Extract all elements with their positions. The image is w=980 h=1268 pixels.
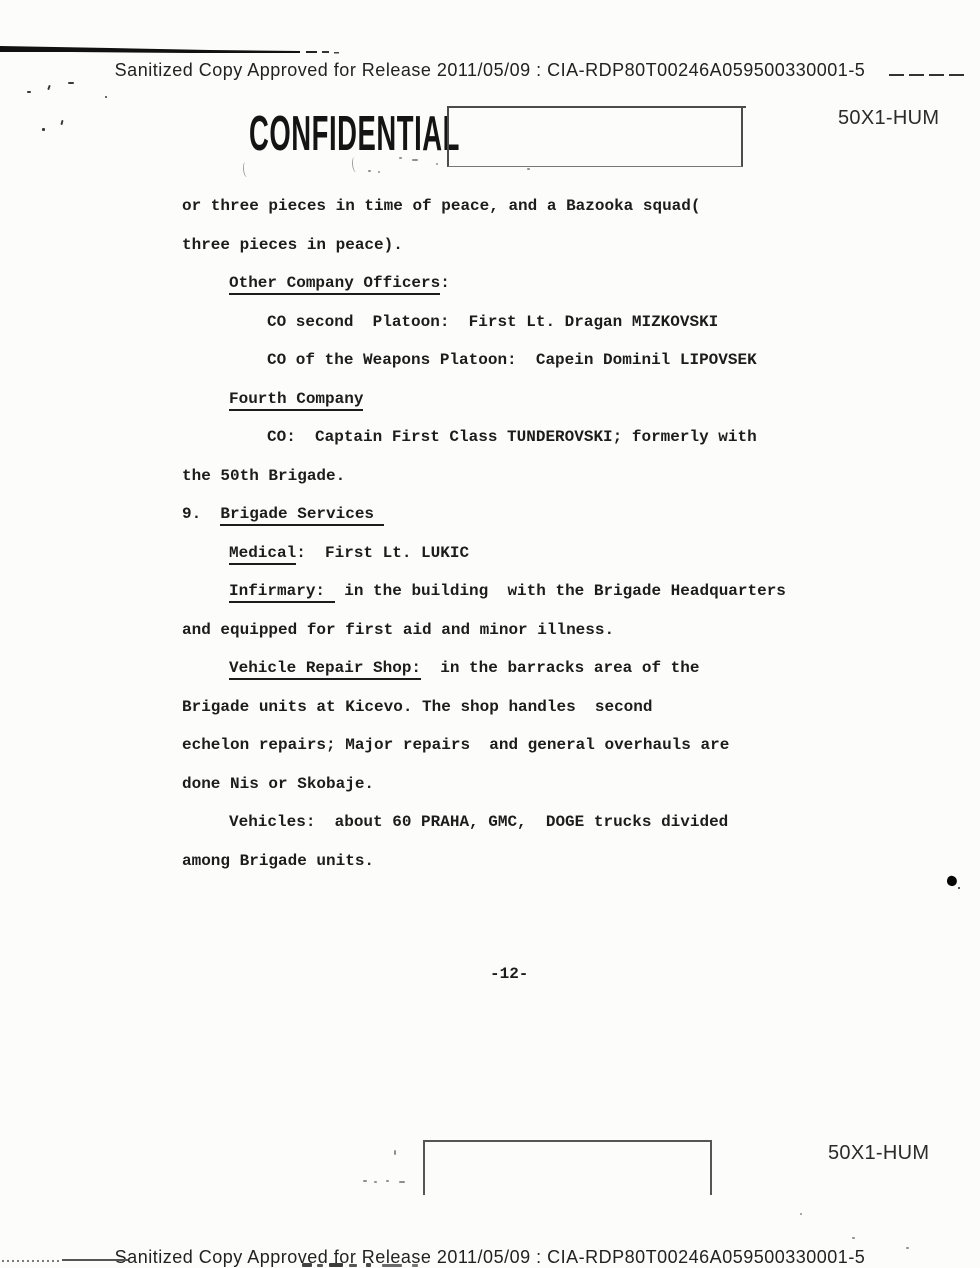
scan-artifact-speck [800,1213,802,1215]
typed-text: : First Lt. LUKIC [296,544,469,562]
typed-text: CO: Captain First Class TUNDEROVSKI; for… [267,428,757,446]
typed-text: the 50th Brigade. [182,467,345,485]
typed-text: or three pieces in time of peace, and a … [182,197,700,215]
typed-line: 9. Brigade Services [182,504,384,524]
scan-artifact-torn-edge [0,42,360,58]
pencil-mark [368,170,371,172]
scan-artifact-speck [852,1237,855,1239]
underlined-text: Other Company Officers [229,274,440,295]
scan-artifact-speck [105,96,107,98]
typed-line: the 50th Brigade. [182,466,345,486]
pencil-mark [399,1181,405,1183]
scan-artifact-speck [958,887,960,889]
typed-line: Vehicle Repair Shop: in the barracks are… [229,658,699,678]
pencil-mark [242,162,252,178]
typed-line: Medical: First Lt. LUKIC [229,543,469,563]
redaction-box-top [447,106,743,167]
typed-text: and equipped for first aid and minor ill… [182,621,614,639]
scan-artifact-stamp-remnant [382,1264,402,1267]
pencil-mark [527,168,530,170]
pencil-mark [351,157,361,173]
pencil-mark [394,1150,396,1155]
typed-line: and equipped for first aid and minor ill… [182,620,614,640]
redaction-box-bottom [423,1140,712,1195]
pencil-mark [374,1181,377,1183]
typed-text: Vehicles: about 60 PRAHA, GMC, DOGE truc… [229,813,728,831]
scan-artifact-speck [42,128,45,131]
underlined-text: Brigade Services [220,505,383,526]
scan-artifact-speck [60,120,63,125]
typed-line: Fourth Company [229,389,363,409]
pencil-mark [412,159,418,161]
scan-artifact-stamp-remnant [412,1264,418,1267]
release-footer-line: Sanitized Copy Approved for Release 2011… [115,1247,866,1268]
scan-artifact-stamp-remnant [366,1263,371,1267]
typed-line: Brigade units at Kicevo. The shop handle… [182,697,652,717]
pencil-mark [399,157,402,159]
underlined-text: Vehicle Repair Shop: [229,659,421,680]
typed-text: Brigade units at Kicevo. The shop handle… [182,698,652,716]
scan-artifact-line [739,106,746,108]
scan-artifact-stamp-remnant [302,1263,312,1267]
typed-line: CO: Captain First Class TUNDEROVSKI; for… [267,427,757,447]
caveat-bottom: 50X1-HUM [828,1142,929,1165]
scan-artifact-blob [946,875,959,888]
scan-artifact-dash-bottom-left [62,1259,128,1261]
classification-stamp: CONFIDENTIAL [249,106,460,162]
typed-text: 9. [182,505,220,523]
scan-artifact-dash-top-right [889,74,966,76]
typed-line: among Brigade units. [182,851,374,871]
pencil-mark [386,1180,389,1182]
typed-text: among Brigade units. [182,852,374,870]
scan-artifact-stamp-remnant [349,1264,357,1267]
scan-artifact-speck [906,1247,909,1249]
typed-line: Vehicles: about 60 PRAHA, GMC, DOGE truc… [229,812,728,832]
scan-artifact-stamp-remnant [317,1264,323,1267]
typed-line: echelon repairs; Major repairs and gener… [182,735,729,755]
typed-line: three pieces in peace). [182,235,403,255]
typed-line: Other Company Officers: [229,273,450,293]
caveat-top: 50X1-HUM [838,107,939,130]
scan-artifact-speck [68,82,74,84]
scan-artifact-speck [47,85,51,90]
typed-text: three pieces in peace). [182,236,403,254]
release-header-line: Sanitized Copy Approved for Release 2011… [115,60,866,81]
typed-text: : [440,274,450,292]
typed-text: echelon repairs; Major repairs and gener… [182,736,729,754]
scan-artifact-speck [27,91,31,93]
page-number: -12- [490,965,528,983]
scan-artifact-stamp-remnant [329,1263,343,1267]
pencil-mark [363,1180,367,1182]
typed-line: done Nis or Skobaje. [182,774,374,794]
underlined-text: Fourth Company [229,390,363,411]
typed-line: or three pieces in time of peace, and a … [182,196,700,216]
underlined-text: Medical [229,544,296,565]
pencil-mark [378,171,380,173]
underlined-text: Infirmary: [229,582,335,603]
pencil-mark [436,163,438,165]
typed-line: Infirmary: in the building with the Brig… [229,581,786,601]
typed-line: CO second Platoon: First Lt. Dragan MIZK… [267,312,718,332]
typed-text: done Nis or Skobaje. [182,775,374,793]
typed-text: CO of the Weapons Platoon: Capein Domini… [267,351,757,369]
scan-artifact-dots-bottom-left [2,1260,60,1262]
typed-line: CO of the Weapons Platoon: Capein Domini… [267,350,757,370]
document-page: Sanitized Copy Approved for Release 2011… [0,0,980,1268]
typed-text: in the barracks area of the [421,659,699,677]
typed-text: in the building with the Brigade Headqua… [335,582,786,600]
typed-text: CO second Platoon: First Lt. Dragan MIZK… [267,313,718,331]
